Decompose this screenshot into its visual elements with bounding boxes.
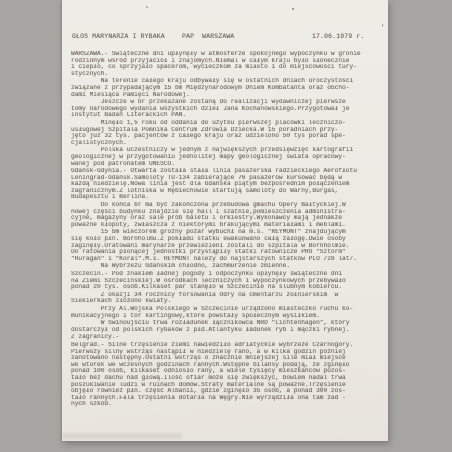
paragraph: Z okazji 34 rocznicy forsowania Odry na …: [71, 292, 386, 305]
paragraph: 15 bm wieczorem groźny pożar wybuchł na …: [71, 229, 386, 262]
text-line: Belgrad.- Silne trzęsienie ziemi nawiedz…: [71, 342, 386, 349]
text-line: zaginęły.Uratowani marynarze przewiezien…: [71, 243, 386, 250]
text-line: każdą niedzielę.Nowa linia jest dla Gdań…: [71, 181, 386, 188]
text-line: tało bez dachu nad głową.Ilość ofiar moż…: [71, 375, 386, 382]
text-line: objęło również płn. część Albanii, gdzie…: [71, 388, 386, 395]
text-line: 15 bm wieczorem groźny pożar wybuchł na …: [71, 229, 386, 236]
paragraph: W Świnoujściu trwa rozładunek łącznikowc…: [71, 320, 386, 333]
text-line: Szczecin.- Pod znakiem ładnej pogody i o…: [71, 271, 386, 278]
document-page: ’ GŁOS MARYNARZA I RYBAKA PAP WARSZAWA 1…: [62, 0, 388, 441]
text-line: Jeszcze w br przekazane zostaną do reali…: [71, 99, 386, 106]
text-line: munikacyjnego i tor kartingowy,które pow…: [71, 313, 386, 320]
paragraph: Z zagranicy.-: [71, 334, 386, 341]
text-line: dami Miesiąca Pamięci Narodowej.: [71, 92, 386, 99]
text-line: poważne kłopoty, zwłaszcza z niektórymi …: [71, 222, 386, 229]
paragraph: Na terenie całego kraju odbywały się w o…: [71, 78, 386, 98]
text-line: Budapesztu i Berlina.: [71, 194, 386, 201]
document-body: WARSZAWA.- Świąteczne dni upłynęły w atm…: [71, 51, 386, 409]
text-line: W Świnoujściu trwa rozładunek łącznikowc…: [71, 320, 386, 327]
text-line: tomy narodowego wydania wszystkich dzieł…: [71, 106, 386, 113]
paragraph: Belgrad.- Silne trzęsienie ziemi nawiedz…: [71, 342, 386, 408]
paragraph: Do końca br ma być zakończona przebudowa…: [71, 202, 386, 228]
paragraph: Na Wybrzeżu Gdańskim chłodno, zachmurzen…: [71, 263, 386, 270]
text-line: Z zagranicy.-: [71, 334, 386, 341]
paragraph: Polska uczestniczy w jednym z największy…: [71, 147, 386, 167]
text-line: "Huragan" i "Koral".M.s. REYMONT należy …: [71, 256, 386, 263]
press-agency-label: PAP WARSZAWA: [182, 33, 234, 40]
text-line: we wtorek we wczesnych godzinach rannych…: [71, 362, 386, 369]
text-line: jęto już 32 tys. pacjentów z całego kraj…: [71, 133, 386, 140]
text-line: Na terenie całego kraju odbywały się w o…: [71, 78, 386, 85]
text-line: Polska uczestniczy w jednym z największy…: [71, 147, 386, 154]
text-line: Leningrad-Gdańsk.Samoloty TU-134 zabiera…: [71, 175, 386, 182]
text-line: cyjne, magazyny oraz sale prób baletu i …: [71, 215, 386, 222]
text-line: dostarczył od polskich rybaków z płd.Atl…: [71, 327, 386, 334]
text-line: geologicznej w przygotowaniu jednolitej …: [71, 154, 386, 161]
paragraph: Szczecin.- Pod znakiem ładnej pogody i o…: [71, 271, 386, 291]
text-line: Minęło 1,5 roku od oddania do użytku pie…: [71, 120, 386, 127]
text-line: usługowej Szpitala Pomnika Centrum Zdrow…: [71, 127, 386, 134]
text-line: tało rannych.Fala trzęsienia dotarła na …: [71, 395, 386, 402]
paragraph: Jeszcze w br przekazane zostaną do reali…: [71, 99, 386, 119]
text-line: Z okazji 34 rocznicy forsowania Odry na …: [71, 292, 386, 299]
text-line: i ciepło, co sprzyjało spacerom, wyciecz…: [71, 64, 386, 71]
scan-smudge: [62, 433, 182, 439]
ink-speck: [292, 8, 294, 10]
paragraph: Przy Al.Wojska Polskiego w Szczecinie ur…: [71, 306, 386, 319]
text-line: ponad 20 tys. osób.Kilkaset par stanęło …: [71, 284, 386, 291]
text-line: Siekierkach złożono kwiaty.: [71, 298, 386, 305]
paragraph: Gdańsk-Gdynia.- Otwarta została stała li…: [71, 168, 386, 201]
text-line: wanej pod patronatem UNESCO.: [71, 161, 386, 168]
text-line: związane z przypadającym 15 bm Międzynar…: [71, 85, 386, 92]
text-line: Instytut Badań Literackich PAN.: [71, 112, 386, 119]
text-line: stycznych.: [71, 71, 386, 78]
ink-speck: [146, 6, 148, 8]
text-line: zanotowano następny.Ostatni wstrząs o zn…: [71, 355, 386, 362]
text-line: nych szkód.: [71, 401, 386, 408]
text-line: Przy Al.Wojska Polskiego w Szczecinie ur…: [71, 306, 386, 313]
text-line: Na Wybrzeżu Gdańskim chłodno, zachmurzen…: [71, 263, 386, 270]
masthead-title: GŁOS MARYNARZA I RYBAKA: [72, 33, 165, 40]
text-line: cjalistycznych.: [71, 140, 386, 147]
text-line: na Ziemi Szczecińskiej.W ośrodkach leczn…: [71, 278, 386, 285]
paragraph: WARSZAWA.- Świąteczne dni upłynęły w atm…: [71, 51, 386, 77]
text-line: Gdańsk-Gdynia.- Otwarta została stała li…: [71, 168, 386, 175]
text-line: WARSZAWA.- Świąteczne dni upłynęły w atm…: [71, 51, 386, 58]
text-line: Pierwszy silny wstrząs nastąpił w niedzi…: [71, 349, 386, 356]
text-line: ponad 100 osób, kilkaset odniosło rany, …: [71, 368, 386, 375]
text-line: rodzinnym wśród przyjaciół i znajomych.N…: [71, 58, 386, 65]
text-line: nowej części budynku znajdzie się hall i…: [71, 209, 386, 216]
text-line: Do ratowania płonącej jednostki przystąp…: [71, 249, 386, 256]
date-line: 17.06.1979 r.: [312, 33, 364, 40]
text-line: zagranicznym.Z lotniska w Rębiechowie st…: [71, 188, 386, 195]
text-line: Do końca br ma być zakończona przebudowa…: [71, 202, 386, 209]
text-line: się koło płn. Bornholmu.Z pokładu statku…: [71, 236, 386, 243]
paragraph: Minęło 1,5 roku od oddania do użytku pie…: [71, 120, 386, 146]
text-line: poszukiwanie ludzi w ruinach domów.Strat…: [71, 382, 386, 389]
document-header: GŁOS MARYNARZA I RYBAKA PAP WARSZAWA 17.…: [62, 33, 388, 43]
